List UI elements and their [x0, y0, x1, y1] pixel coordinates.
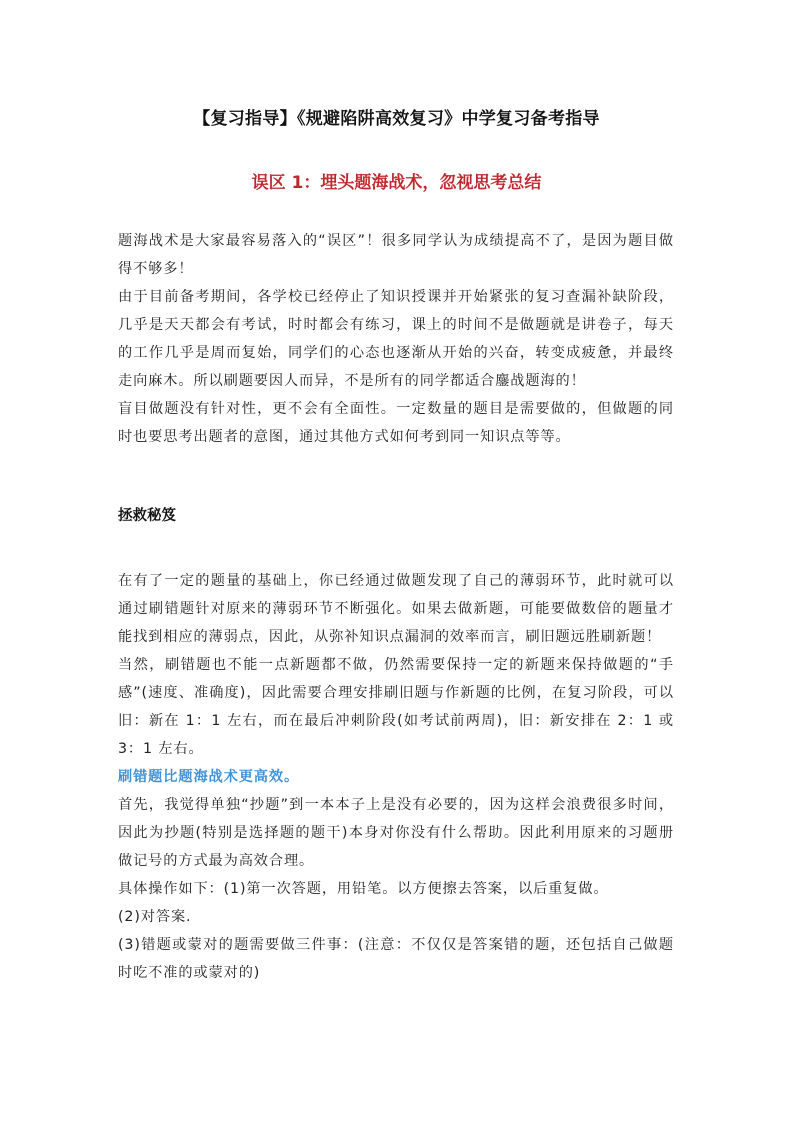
- highlight-heading: 刷错题比题海战术更高效。: [118, 763, 674, 791]
- section1-body: 题海战术是大家最容易落入的“误区”！很多同学认为成绩提高不了，是因为题目做得不够…: [118, 227, 674, 451]
- document-title: 【复习指导】《规避陷阱高效复习》中学复习备考指导: [0, 104, 793, 129]
- paragraph: (3)错题或蒙对的题需要做三件事：(注意：不仅仅是答案错的题，还包括自己做题时吃…: [118, 931, 674, 987]
- paragraph: 由于目前备考期间，各学校已经停止了知识授课并开始紧张的复习查漏补缺阶段，几乎是天…: [118, 283, 674, 395]
- document-page: 【复习指导】《规避陷阱高效复习》中学复习备考指导 误区 1：埋头题海战术，忽视思…: [0, 0, 793, 1122]
- section-subtitle: 误区 1：埋头题海战术，忽视思考总结: [0, 168, 793, 193]
- section2-heading: 拯救秘笈: [118, 504, 176, 525]
- paragraph: (2)对答案.: [118, 903, 674, 931]
- paragraph: 在有了一定的题量的基础上，你已经通过做题发现了自己的薄弱环节，此时就可以通过刷错…: [118, 567, 674, 651]
- section2-body: 在有了一定的题量的基础上，你已经通过做题发现了自己的薄弱环节，此时就可以通过刷错…: [118, 567, 674, 987]
- paragraph: 盲目做题没有针对性，更不会有全面性。一定数量的题目是需要做的，但做题的同时也要思…: [118, 395, 674, 451]
- paragraph: 首先，我觉得单独“抄题”到一本本子上是没有必要的，因为这样会浪费很多时间，因此为…: [118, 791, 674, 875]
- paragraph: 具体操作如下：(1)第一次答题，用铅笔。以方便擦去答案，以后重复做。: [118, 875, 674, 903]
- paragraph: 当然，刷错题也不能一点新题都不做，仍然需要保持一定的新题来保持做题的“手感”(速…: [118, 651, 674, 763]
- paragraph: 题海战术是大家最容易落入的“误区”！很多同学认为成绩提高不了，是因为题目做得不够…: [118, 227, 674, 283]
